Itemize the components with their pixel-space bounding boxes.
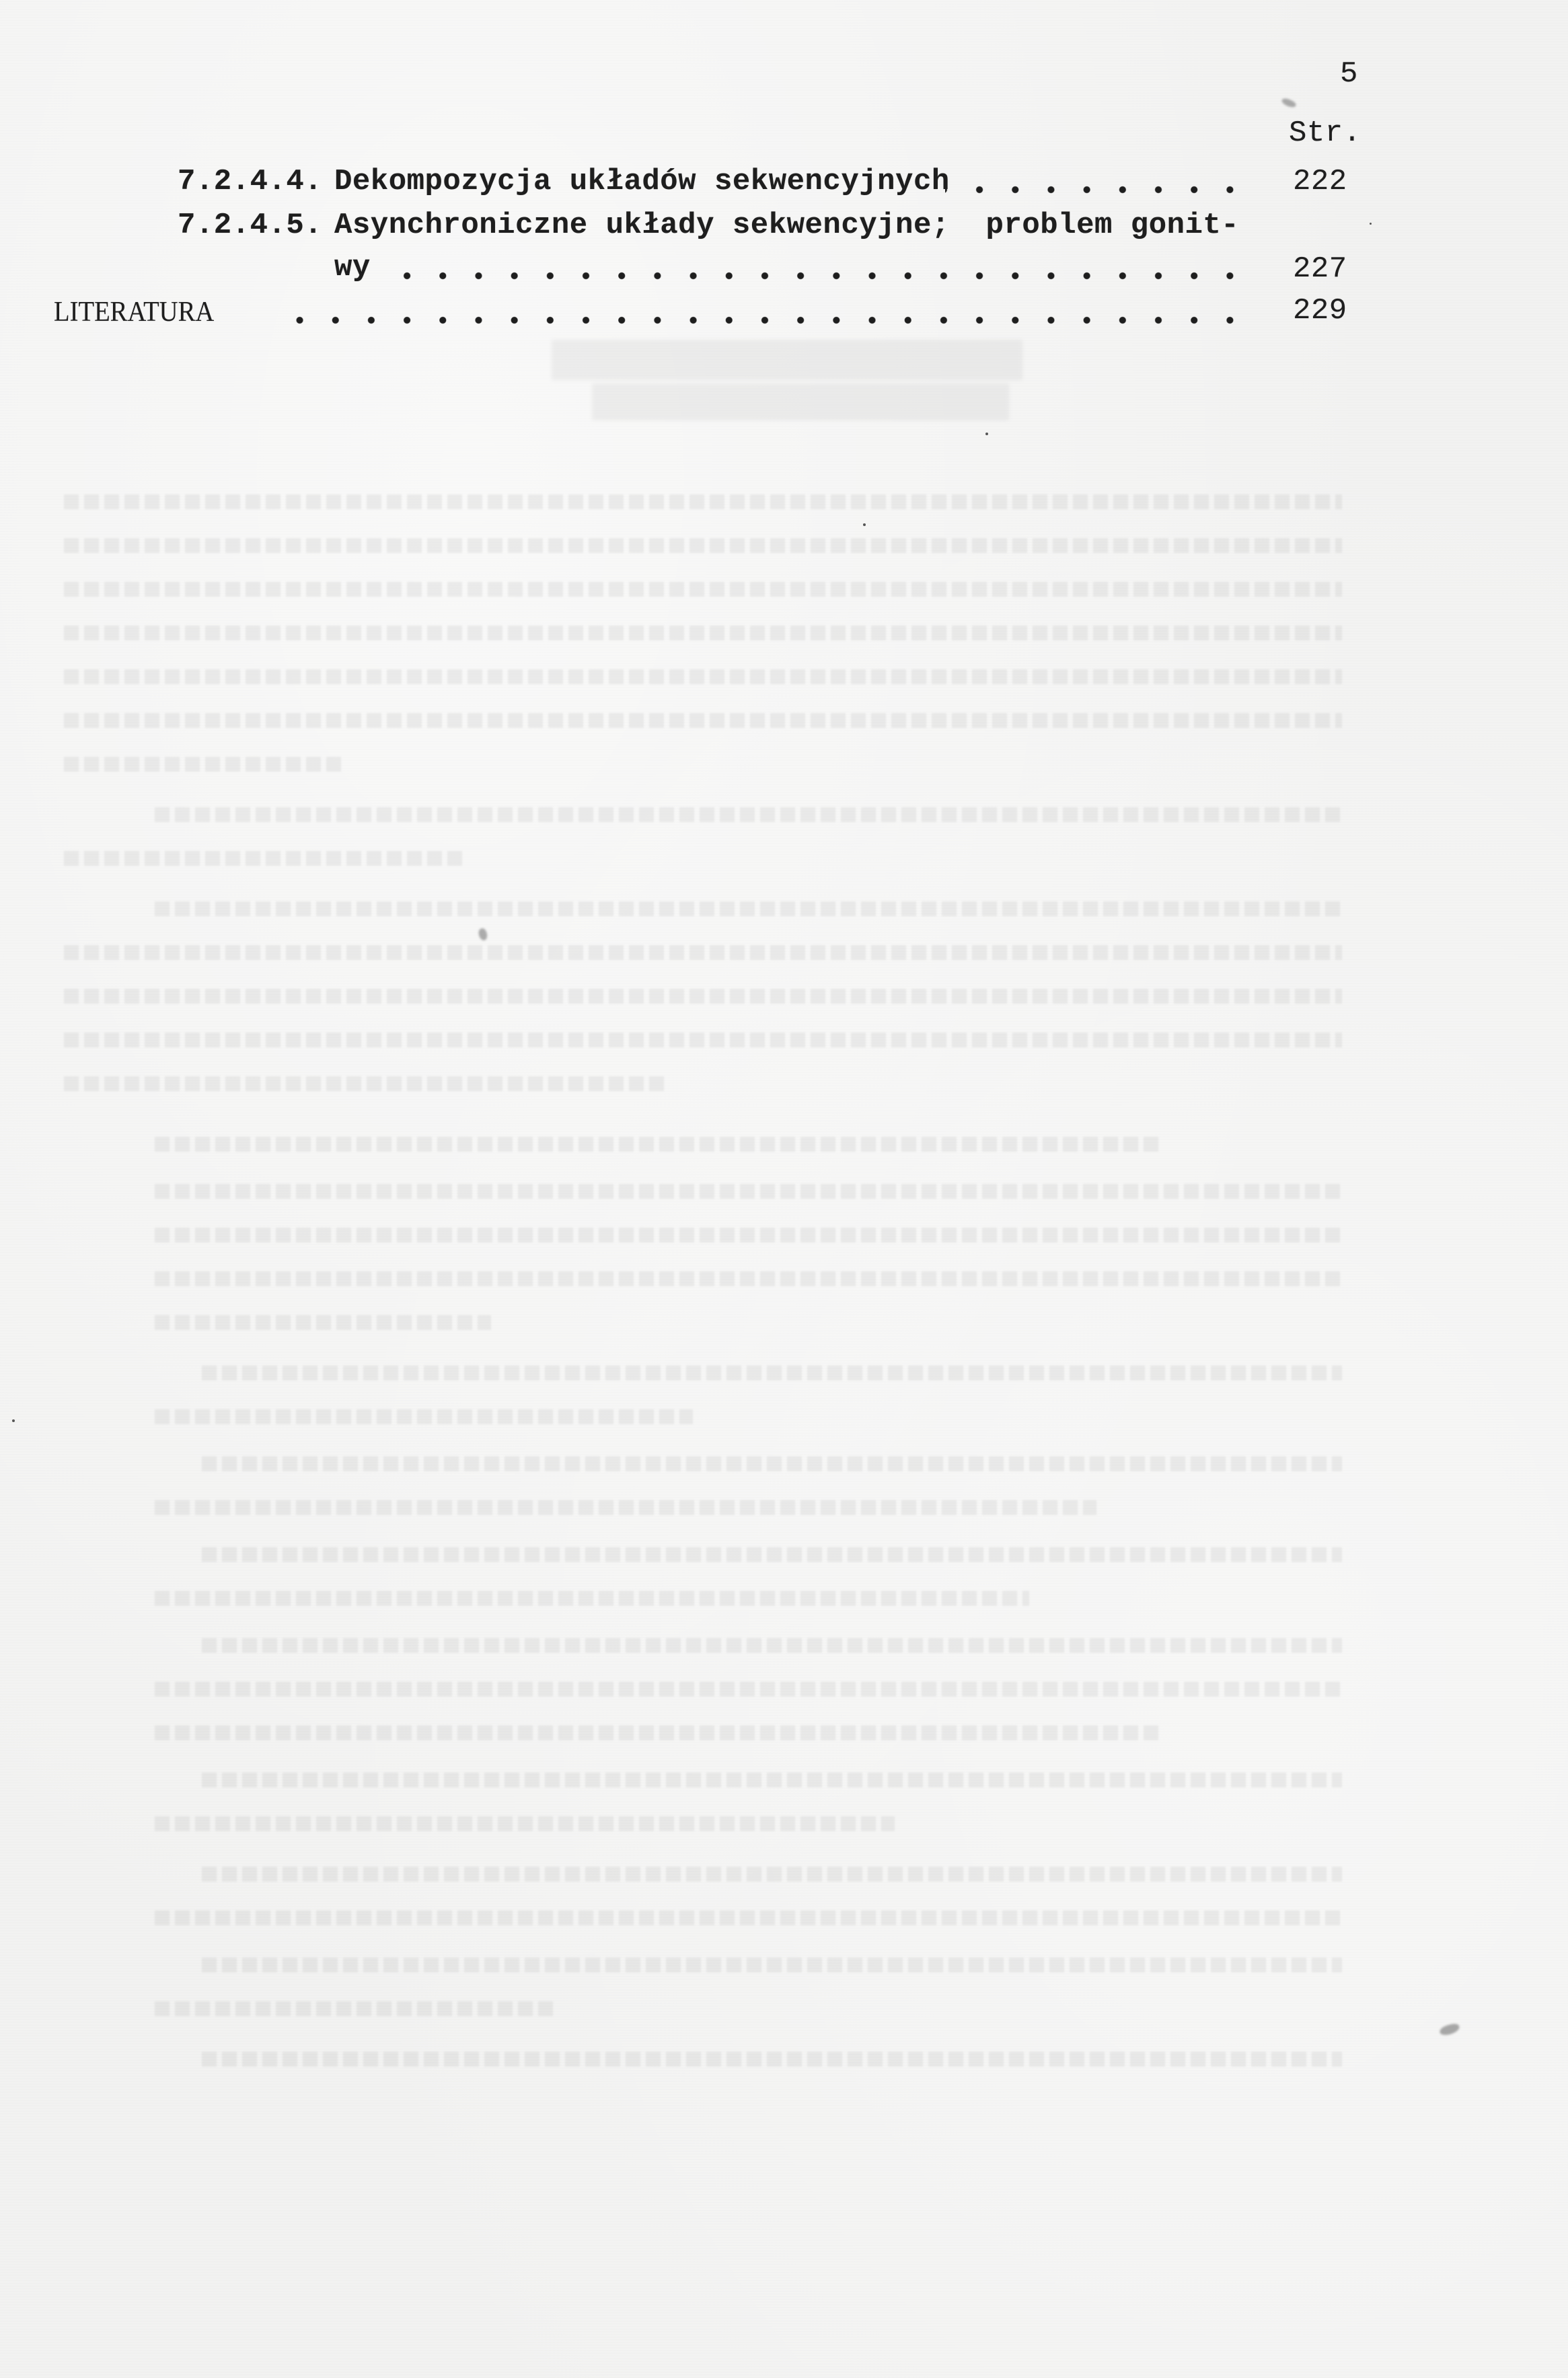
speck	[863, 523, 866, 526]
toc-page-number: 229	[1293, 296, 1347, 326]
toc-literature-title: LITERATURA	[54, 298, 214, 326]
speck	[1370, 223, 1372, 225]
page-number: 5	[1340, 59, 1358, 89]
dot-leader	[945, 186, 1248, 194]
dot-leader	[377, 272, 1248, 280]
toc-page-number: 227	[1293, 254, 1347, 284]
dot-leader	[286, 316, 1248, 324]
toc-section-title-continuation: wy	[334, 253, 371, 283]
toc-section-title: Dekompozycja układów sekwencyjnych	[334, 167, 950, 196]
speck	[12, 1419, 15, 1422]
toc-page-number: 222	[1293, 167, 1347, 196]
page-column-header: Str.	[1289, 118, 1361, 148]
toc-section-title: Asynchroniczne układy sekwencyjne; probl…	[334, 211, 1239, 240]
speck	[985, 433, 988, 435]
toc-section-number: 7.2.4.5.	[178, 211, 322, 240]
toc-section-number: 7.2.4.4.	[178, 167, 322, 196]
